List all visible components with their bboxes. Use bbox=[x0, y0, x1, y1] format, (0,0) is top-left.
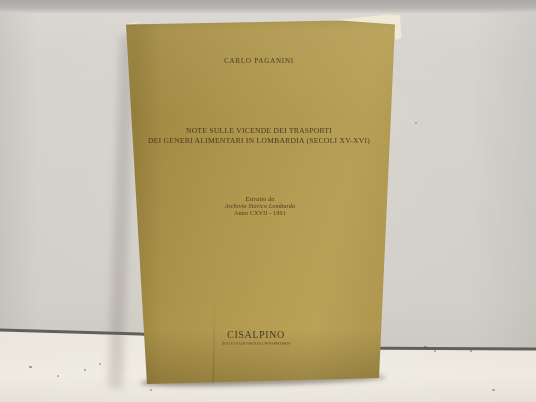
title-line-2: DEI GENERI ALIMENTARI IN LOMBARDIA (SECO… bbox=[148, 136, 370, 146]
wall-top-band bbox=[0, 0, 536, 13]
imprint-line-year: Anno CXVII - 1991 bbox=[225, 211, 296, 218]
imprint-block: Estratto da Archivio Storico Lombardo An… bbox=[225, 197, 296, 219]
floor-speck bbox=[57, 375, 59, 377]
floor-speck bbox=[434, 350, 436, 352]
floor-speck bbox=[150, 389, 152, 391]
floor-speck bbox=[84, 369, 86, 371]
wall-speck bbox=[415, 122, 417, 124]
publisher-subtitle: ISTITUTO EDITORIALE UNIVERSITARIO bbox=[222, 342, 291, 346]
publisher-name: CISALPINO bbox=[199, 331, 314, 341]
book-title: NOTE SULLE VICENDE DEI TRASPORTI DEI GEN… bbox=[148, 126, 370, 146]
floor-speck bbox=[424, 346, 427, 348]
title-line-1: NOTE SULLE VICENDE DEI TRASPORTI bbox=[148, 126, 370, 136]
imprint-line-estratto: Estratto da bbox=[225, 197, 296, 204]
imprint-line-journal: Archivio Storico Lombardo bbox=[225, 204, 296, 211]
floor-speck bbox=[29, 366, 32, 368]
floor-speck bbox=[99, 363, 101, 365]
floor-speck bbox=[470, 350, 472, 352]
author-name: CARLO PAGANINI bbox=[224, 57, 294, 65]
photo-of-book-on-ledge: CARLO PAGANINI NOTE SULLE VICENDE DEI TR… bbox=[0, 0, 536, 402]
floor-speck bbox=[492, 389, 495, 391]
publisher-logo: CISALPINO ISTITUTO EDITORIALE UNIVERSITA… bbox=[199, 331, 314, 348]
